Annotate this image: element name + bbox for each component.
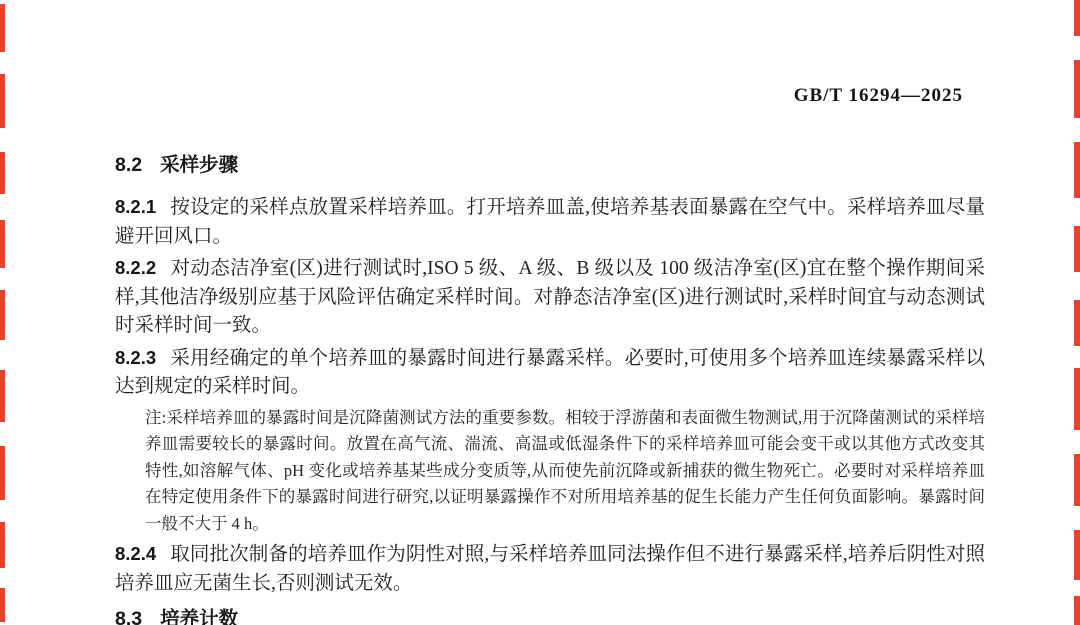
clause-8-2-2: 8.2.2对动态洁净室(区)进行测试时,ISO 5 级、A 级、B 级以及 10…	[115, 254, 985, 341]
section-heading-8-2: 8.2采样步骤	[115, 152, 985, 178]
page-content: GB/T 16294—2025 8.2采样步骤 8.2.1按设定的采样点放置采样…	[115, 0, 985, 625]
clause-number: 8.2.4	[115, 543, 156, 564]
left-edge-scan-mark	[0, 0, 5, 625]
clause-number: 8.2.2	[115, 257, 156, 278]
note-label: 注:	[145, 408, 166, 427]
clause-8-2-4: 8.2.4取同批次制备的培养皿作为阴性对照,与采样培养皿同法操作但不进行暴露采样…	[115, 540, 985, 598]
right-edge-scan-mark	[1074, 0, 1080, 625]
note-text: 采样培养皿的暴露时间是沉降菌测试方法的重要参数。相较于浮游菌和表面微生物测试,用…	[145, 408, 985, 533]
section-title: 采样步骤	[160, 154, 238, 176]
standard-number-header: GB/T 16294—2025	[115, 84, 985, 108]
note-block: 注:采样培养皿的暴露时间是沉降菌测试方法的重要参数。相较于浮游菌和表面微生物测试…	[115, 405, 985, 538]
clause-number: 8.2.1	[115, 196, 156, 217]
section-heading-8-3: 8.3培养计数	[115, 606, 985, 625]
clause-number: 8.2.3	[115, 347, 156, 368]
clause-text: 取同批次制备的培养皿作为阴性对照,与采样培养皿同法操作但不进行暴露采样,培养后阴…	[115, 544, 985, 594]
section-number: 8.3	[115, 608, 142, 625]
section-title: 培养计数	[160, 608, 238, 625]
scanned-standard-page: GB/T 16294—2025 8.2采样步骤 8.2.1按设定的采样点放置采样…	[0, 0, 1080, 625]
clause-8-2-3: 8.2.3采用经确定的单个培养皿的暴露时间进行暴露采样。必要时,可使用多个培养皿…	[115, 344, 985, 402]
clause-text: 对动态洁净室(区)进行测试时,ISO 5 级、A 级、B 级以及 100 级洁净…	[115, 258, 985, 336]
clause-text: 按设定的采样点放置采样培养皿。打开培养皿盖,使培养基表面暴露在空气中。采样培养皿…	[115, 197, 985, 247]
clause-text: 采用经确定的单个培养皿的暴露时间进行暴露采样。必要时,可使用多个培养皿连续暴露采…	[115, 348, 985, 398]
clause-8-2-1: 8.2.1按设定的采样点放置采样培养皿。打开培养皿盖,使培养基表面暴露在空气中。…	[115, 193, 985, 251]
section-number: 8.2	[115, 154, 142, 176]
